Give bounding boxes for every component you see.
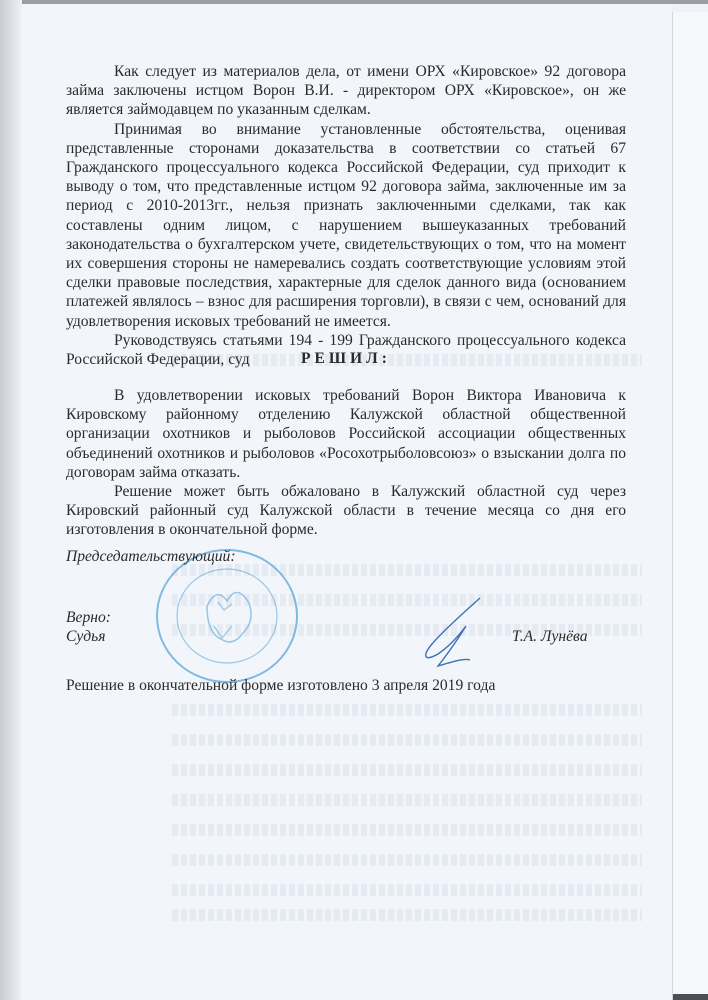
ruling-text: В удовлетворении исковых требований Воро… [66,386,626,540]
paragraph-1: Как следует из материалов дела, от имени… [66,62,626,120]
bleed-through-text [172,854,642,866]
bleed-through-text [172,884,642,896]
bleed-through-text [172,794,642,806]
final-form-note: Решение в окончательной форме изготовлен… [66,677,495,695]
body-text: Как следует из материалов дела, от имени… [66,62,626,369]
ruling-paragraph-2: Решение может быть обжаловано в Калужски… [66,482,626,540]
judge-label: Судья [66,628,106,646]
scan-left-edge [0,0,22,1000]
judge-name: Т.А. Лунёва [512,628,588,646]
bleed-through-text [172,704,642,716]
signature-icon [410,592,500,672]
bleed-through-text [172,734,642,746]
paragraph-2: Принимая во внимание установленные обсто… [66,120,626,331]
bleed-through-text [172,909,642,921]
verified-label: Верно: [66,609,111,627]
presiding-label: Председательствующий: [66,548,236,566]
ruling-heading: РЕШИЛ: [66,350,626,368]
ruling-paragraph-1: В удовлетворении исковых требований Воро… [66,386,626,482]
bleed-through-text [172,824,642,836]
page-edge [672,12,708,1000]
court-stamp-icon [152,546,302,686]
scan-bottom-edge [673,994,708,1000]
bleed-through-text [172,764,642,776]
